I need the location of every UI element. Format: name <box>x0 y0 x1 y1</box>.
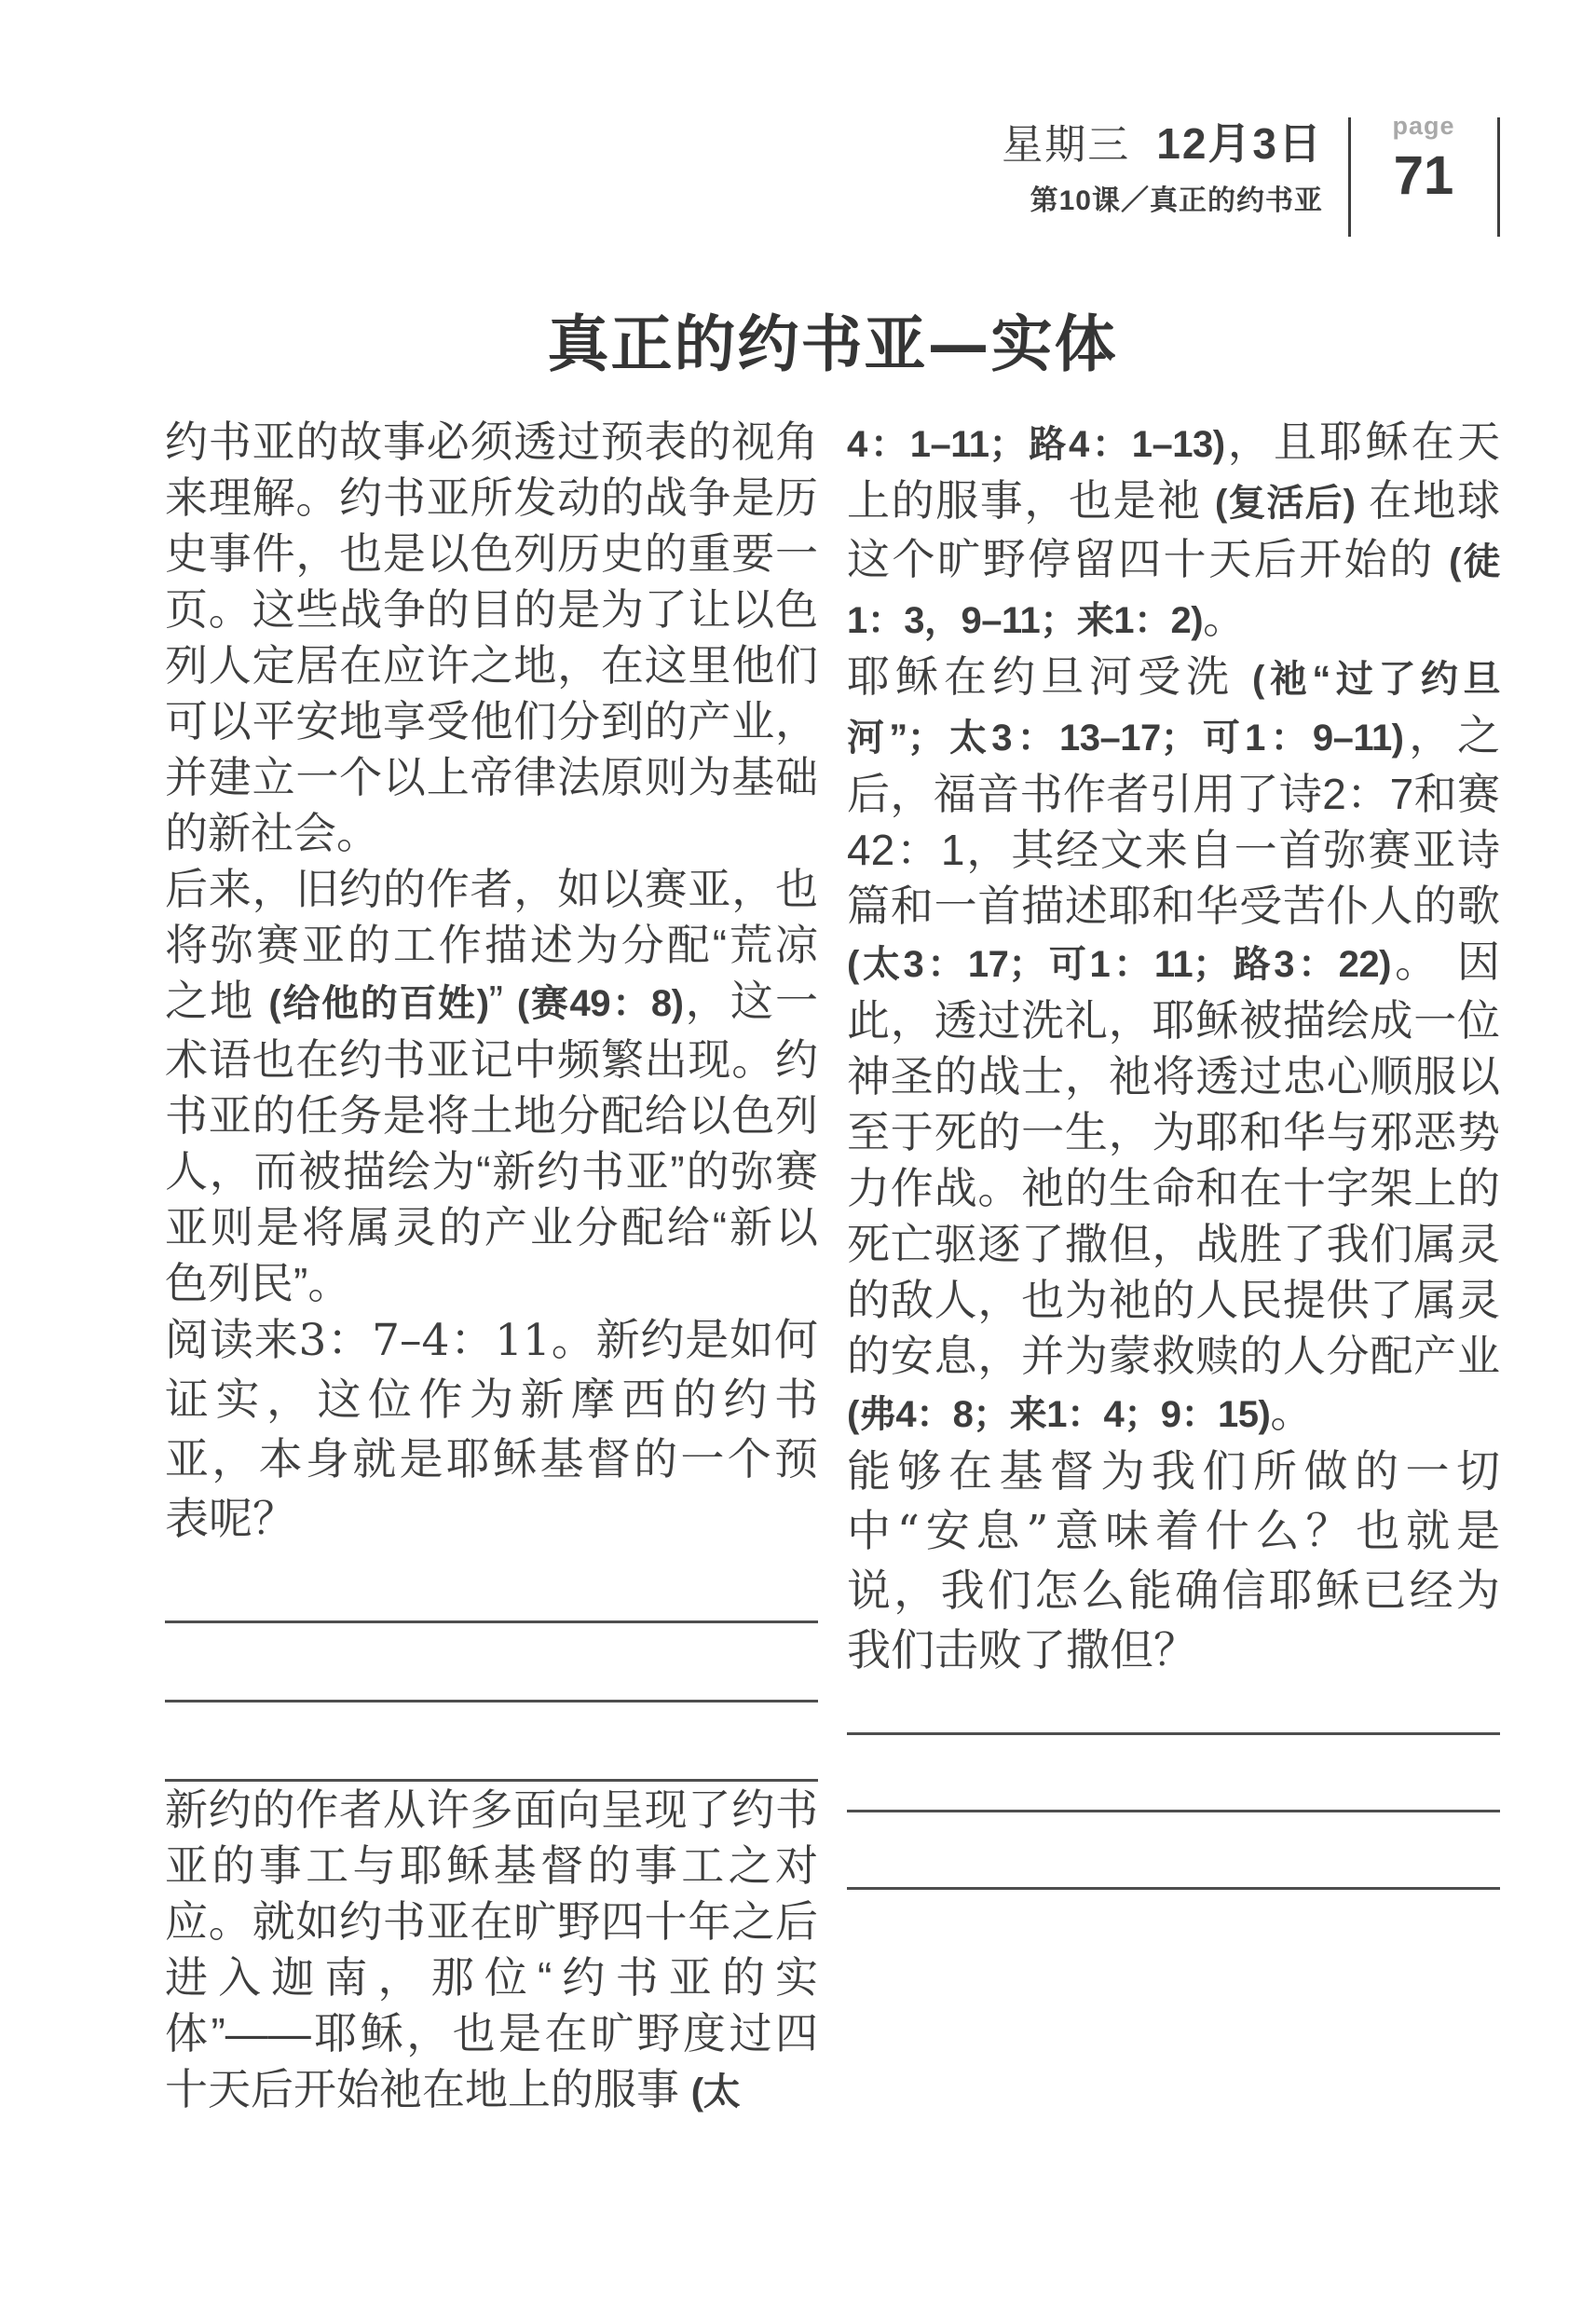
header-date-line: 星期三12月3日 <box>1002 119 1323 170</box>
page-number: 71 <box>1353 144 1494 207</box>
text-segment: 。 <box>1270 1388 1313 1436</box>
left-column: 约书亚的故事必须透过预表的视角来理解。约书亚所发动的战争是历史事件，也是以色列历… <box>165 414 818 2120</box>
header-divider-left <box>1348 117 1351 237</box>
text-segment: ，这一术语也在约书亚记中频繁出现。约书亚的任务是将土地分配给以色列人，而被描绘为… <box>165 977 818 1307</box>
header-divider-right <box>1497 117 1500 237</box>
answer-line <box>847 1735 1500 1812</box>
paragraph-old-testament: 后来，旧约的作者，如以赛亚，也将弥赛亚的工作描述为分配“荒凉之地 (给他的百姓)… <box>165 861 818 1311</box>
scripture-reference: (弗4：8；来1：4；9：15) <box>847 1394 1270 1435</box>
lesson-title: 第10课／真正的约书亚 <box>1002 177 1323 218</box>
scripture-reference: (赛49：8) <box>517 983 684 1024</box>
paragraph-intro: 约书亚的故事必须透过预表的视角来理解。约书亚所发动的战争是历史事件，也是以色列历… <box>165 414 818 861</box>
answer-line <box>165 1702 818 1782</box>
answer-line <box>165 1550 818 1623</box>
answer-line <box>165 1623 818 1702</box>
text-segment: 能够在基督为我们所做的一切中“安息”意味着什么？也就是说，我们怎么能确信耶稣已经… <box>847 1446 1500 1676</box>
paragraph-continuation: 4：1–11；路4：1–13)，且耶稣在天上的服事，也是祂 (复活后) 在地球这… <box>847 414 1500 649</box>
page-number-box: page 71 <box>1353 112 1494 207</box>
page-header: 星期三12月3日 第10课／真正的约书亚 <box>1002 119 1323 218</box>
scripture-reference: (太 <box>691 2072 740 2113</box>
answer-lines-right <box>847 1681 1500 1890</box>
scripture-reference: (太3：17；可1：11；路3：22) <box>847 944 1391 985</box>
answer-line <box>847 1812 1500 1890</box>
answer-line <box>847 1681 1500 1735</box>
question-read-hebrews: 阅读来3：7–4：11。新约是如何证实，这位作为新摩西的约书亚，本身就是耶稣基督… <box>165 1311 818 1550</box>
paragraph-new-testament: 新约的作者从许多面向呈现了约书亚的事工与耶稣基督的事工之对应。就如约书亚在旷野四… <box>165 1782 818 2120</box>
text-segment: 约书亚的故事必须透过预表的视角来理解。约书亚所发动的战争是历史事件，也是以色列历… <box>165 417 818 857</box>
text-segment: 。 因此，透过洗礼，耶稣被描绘成一位神圣的战士，祂将透过忠心顺服以至于死的一生，… <box>847 937 1500 1380</box>
scripture-reference: 4：1–11；路4：1–13) <box>847 424 1225 465</box>
page-title: 真正的约书亚—实体 <box>165 294 1500 383</box>
question-rest-in-christ: 能够在基督为我们所做的一切中“安息”意味着什么？也就是说，我们怎么能确信耶稣已经… <box>847 1443 1500 1681</box>
document-page: 星期三12月3日 第10课／真正的约书亚 page 71 真正的约书亚—实体 约… <box>0 0 1596 2311</box>
text-segment: 阅读来3：7–4：11。新约是如何证实，这位作为新摩西的约书亚，本身就是耶稣基督… <box>165 1315 818 1545</box>
page-label: page <box>1353 112 1494 141</box>
date-label: 12月3日 <box>1156 119 1323 168</box>
right-column: 4：1–11；路4：1–13)，且耶稣在天上的服事，也是祂 (复活后) 在地球这… <box>847 414 1500 1890</box>
text-segment: 新约的作者从许多面向呈现了约书亚的事工与耶稣基督的事工之对应。就如约书亚在旷野四… <box>165 1785 818 2113</box>
text-segment: 耶稣在约旦河受洗 <box>847 652 1252 701</box>
text-segment: ” <box>489 977 517 1025</box>
paragraph-baptism: 耶稣在约旦河受洗 (祂“过了约旦河”；太3：13–17；可1：9–11)，之后，… <box>847 649 1500 1443</box>
answer-lines-left <box>165 1550 818 1782</box>
weekday-label: 星期三 <box>1002 122 1130 168</box>
scripture-reference: (给他的百姓) <box>268 983 488 1024</box>
scripture-reference: (复活后) <box>1215 483 1355 524</box>
text-segment: 。 <box>1203 594 1246 642</box>
